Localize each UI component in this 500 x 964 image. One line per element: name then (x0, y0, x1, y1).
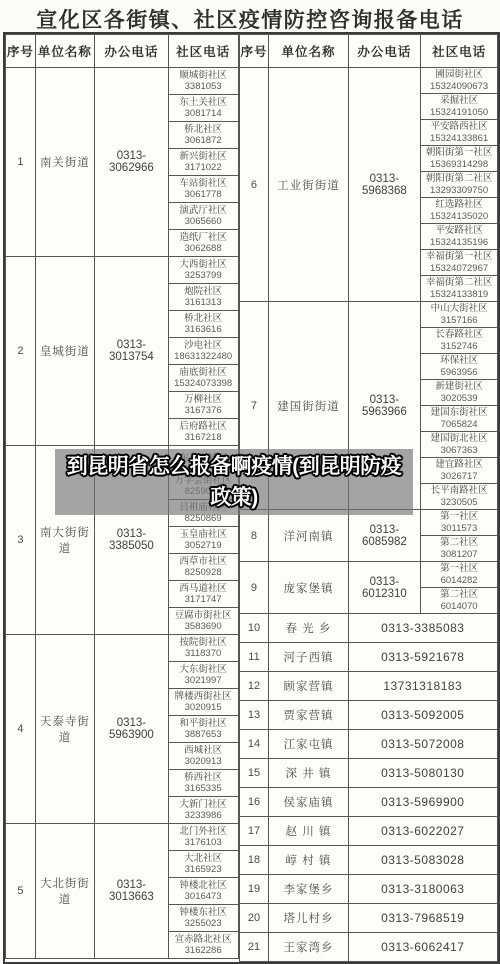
community-phone: 3381053 (169, 81, 238, 93)
row-number-cell: 17 (239, 817, 269, 846)
unit-name-cell: 深 井 镇 (269, 759, 348, 788)
community-phone: 15324191050 (421, 107, 497, 119)
community-cell: 车站街社区3061778 (168, 176, 238, 203)
community-phone: 15324072967 (421, 263, 497, 275)
town-phone-cell: 0313-6022027 (348, 817, 497, 846)
community-phone: 5963956 (421, 367, 497, 379)
community-phone: 3230505 (421, 497, 497, 509)
community-phone: 15324133819 (421, 289, 497, 301)
community-name: 东土关社区 (169, 97, 238, 109)
community-phone: 3157166 (421, 315, 497, 327)
row-number-cell: 4 (6, 635, 36, 824)
row-number-cell: 8 (239, 510, 269, 562)
community-cell: 建国街北社区3067363 (421, 432, 498, 458)
town-phone-cell: 13731318183 (348, 672, 497, 701)
office-phone-cell: 0313-5963900 (95, 635, 169, 824)
town-phone-cell: 0313-5080130 (348, 759, 497, 788)
community-cell: 第一社区6014282 (421, 562, 498, 588)
town-phone-cell: 0313-3180063 (348, 875, 497, 904)
community-cell: 庙底街社区15324073398 (168, 365, 238, 392)
community-cell: 后府路社区3167218 (168, 419, 238, 446)
community-name: 炮院社区 (169, 286, 238, 298)
community-name: 平安路社区 (421, 225, 497, 237)
community-name: 万柳社区 (169, 394, 238, 406)
watermark-text-line1: 到昆明省怎么报备啊疫情(到昆明防疫 (67, 451, 402, 482)
community-name: 庙底街社区 (169, 367, 238, 379)
row-number-cell: 11 (239, 643, 269, 672)
row-number-cell: 1 (6, 68, 36, 257)
community-phone: 3020913 (169, 756, 238, 768)
community-name: 朝阳街第一社区 (421, 147, 497, 159)
community-cell: 新兴街社区3171022 (168, 149, 238, 176)
col-header-unit: 单位名称 (269, 35, 348, 68)
community-phone: 13293309750 (421, 185, 497, 197)
community-name: 大新门社区 (169, 799, 238, 811)
community-phone: 3167218 (169, 432, 238, 444)
community-phone: 15324135020 (421, 211, 497, 223)
town-row: 16侯家庙镇0313-5969900 (239, 788, 497, 817)
community-cell: 建国东街社区7065824 (421, 406, 498, 432)
community-name: 大东街社区 (169, 664, 238, 676)
town-phone-cell: 0313-5921678 (348, 643, 497, 672)
unit-name-cell: 天泰寺街道 (35, 635, 94, 824)
row-number-cell: 5 (6, 824, 36, 959)
community-cell: 宣赤路北社区3162286 (168, 932, 238, 959)
community-phone: 3062688 (169, 243, 238, 255)
community-phone: 3067363 (421, 445, 497, 457)
community-cell: 新建街社区3020539 (421, 380, 498, 406)
community-phone: 7065824 (421, 419, 497, 431)
community-name: 豆腐市街社区 (169, 610, 238, 622)
community-cell: 豆腐市街社区3583690 (168, 608, 238, 635)
row-number-cell: 13 (239, 701, 269, 730)
unit-name-cell: 赵 川 镇 (269, 817, 348, 846)
town-row: 21王家湾乡0313-6062417 (239, 933, 497, 962)
community-cell: 按院街社区3118370 (168, 635, 238, 662)
town-row: 13贾家营镇0313-5092005 (239, 701, 497, 730)
community-name: 车站街社区 (169, 178, 238, 190)
row-number-cell: 19 (239, 875, 269, 904)
community-row: 7建国街街道0313-5963966中山大街社区3157166 (239, 302, 497, 328)
community-phone: 3052719 (169, 540, 238, 552)
community-cell: 演武厅社区3065660 (168, 203, 238, 230)
community-phone: 3233986 (169, 810, 238, 822)
community-cell: 红选路社区15324135020 (421, 198, 498, 224)
community-name: 西草市社区 (169, 556, 238, 568)
unit-name-cell: 王家湾乡 (269, 933, 348, 962)
community-name: 第一社区 (421, 511, 497, 523)
community-cell: 幸福街第一社区15324072967 (421, 250, 498, 276)
community-cell: 幸福街第二社区15324133819 (421, 276, 498, 302)
community-cell: 钟楼北社区3016473 (168, 878, 238, 905)
community-phone: 6014282 (421, 575, 497, 587)
community-phone: 15324133861 (421, 133, 497, 145)
community-phone: 15324135196 (421, 237, 497, 249)
community-phone: 6014070 (421, 601, 497, 613)
town-row: 17赵 川 镇0313-6022027 (239, 817, 497, 846)
town-phone-cell: 0313-7968519 (348, 904, 497, 933)
row-number-cell: 15 (239, 759, 269, 788)
community-phone: 3020915 (169, 702, 238, 714)
community-name: 采掘社区 (421, 95, 497, 107)
office-phone-cell: 0313-3013663 (95, 824, 169, 959)
community-name: 幸福街第一社区 (421, 251, 497, 263)
community-phone: 3887653 (169, 729, 238, 741)
community-cell: 东土关社区3081714 (168, 95, 238, 122)
community-cell: 钟楼东社区3255023 (168, 905, 238, 932)
town-row: 18崞 村 镇0313-5083028 (239, 846, 497, 875)
office-phone-cell: 0313-5968368 (348, 68, 421, 302)
community-name: 红选路社区 (421, 199, 497, 211)
community-cell: 北门外社区3176103 (168, 824, 238, 851)
community-name: 沙电社区 (169, 340, 238, 352)
page-title: 宣化区各街镇、社区疫情防控咨询报备电话 (0, 0, 500, 32)
row-number-cell: 16 (239, 788, 269, 817)
community-phone: 3152746 (421, 341, 497, 353)
town-phone-cell: 0313-5969900 (348, 788, 497, 817)
community-phone: 3167376 (169, 405, 238, 417)
community-name: 大北社区 (169, 853, 238, 865)
community-phone: 3016473 (169, 891, 238, 903)
unit-name-cell: 塔儿村乡 (269, 904, 348, 933)
community-phone: 3176103 (169, 837, 238, 849)
community-cell: 炮院社区3161313 (168, 284, 238, 311)
community-cell: 大西街社区3253799 (168, 257, 238, 284)
community-phone: 3253799 (169, 270, 238, 282)
row-number-cell: 18 (239, 846, 269, 875)
community-name: 宣赤路北社区 (169, 934, 238, 946)
community-cell: 造纸厂社区3062688 (168, 230, 238, 257)
town-phone-cell: 0313-3385083 (348, 614, 497, 643)
community-name: 按院街社区 (169, 637, 238, 649)
community-cell: 长春路社区3152746 (421, 328, 498, 354)
community-cell: 长平南路社区3230505 (421, 484, 498, 510)
row-number-cell: 2 (6, 257, 36, 446)
col-header-community-phone: 社区电话 (168, 35, 238, 68)
community-phone: 18631322480 (169, 351, 238, 363)
community-phone: 3065660 (169, 216, 238, 228)
community-name: 环保社区 (421, 355, 497, 367)
community-cell: 沙电社区18631322480 (168, 338, 238, 365)
community-cell: 西马道社区3171747 (168, 581, 238, 608)
town-phone-cell: 0313-5083028 (348, 846, 497, 875)
town-row: 19李家堡乡0313-3180063 (239, 875, 497, 904)
community-name: 新建街社区 (421, 381, 497, 393)
community-cell: 朝阳街第一社区15369314298 (421, 146, 498, 172)
right-header-row: 序号 单位名称 办公电话 社区电话 (239, 35, 497, 68)
community-name: 第二社区 (421, 537, 497, 549)
watermark-text-line2: 政策) (210, 482, 258, 513)
office-phone-cell: 0313-3013754 (95, 257, 169, 446)
row-number-cell: 12 (239, 672, 269, 701)
community-cell: 和平街社区3887653 (168, 716, 238, 743)
unit-name-cell: 侯家庙镇 (269, 788, 348, 817)
col-header-no: 序号 (239, 35, 269, 68)
community-cell: 顺城街社区3381053 (168, 68, 238, 95)
unit-name-cell: 河子西镇 (269, 643, 348, 672)
community-cell: 桥北社区3061872 (168, 122, 238, 149)
community-name: 中山大街社区 (421, 303, 497, 315)
row-number-cell: 10 (239, 614, 269, 643)
community-phone: 3081207 (421, 549, 497, 561)
community-name: 西马道社区 (169, 583, 238, 595)
community-row: 4天泰寺街道0313-5963900按院街社区3118370 (6, 635, 239, 662)
col-header-unit: 单位名称 (35, 35, 94, 68)
community-phone: 3061872 (169, 135, 238, 147)
community-name: 后府路社区 (169, 421, 238, 433)
community-phone: 3162286 (169, 945, 238, 957)
community-phone: 3161313 (169, 297, 238, 309)
community-cell: 大新门社区3233986 (168, 797, 238, 824)
community-cell: 西城社区3020913 (168, 743, 238, 770)
community-name: 桥北社区 (169, 124, 238, 136)
community-phone: 15369314298 (421, 159, 497, 171)
community-cell: 万柳社区3167376 (168, 392, 238, 419)
unit-name-cell: 庞家堡镇 (269, 562, 348, 614)
office-phone-cell: 0313-3062966 (95, 68, 169, 257)
community-cell: 大北社区3165923 (168, 851, 238, 878)
unit-name-cell: 工业街街道 (269, 68, 348, 302)
community-phone: 3255023 (169, 918, 238, 930)
community-phone: 3061778 (169, 189, 238, 201)
community-name: 玉皇庙社区 (169, 529, 238, 541)
community-cell: 平安路社区15324135196 (421, 224, 498, 250)
community-name: 第一社区 (421, 563, 497, 575)
community-phone: 3011573 (421, 523, 497, 535)
unit-name-cell: 南关街道 (35, 68, 94, 257)
community-name: 桥西社区 (169, 772, 238, 784)
office-phone-cell: 0313-6085982 (348, 510, 421, 562)
unit-name-cell: 崞 村 镇 (269, 846, 348, 875)
unit-name-cell: 李家堡乡 (269, 875, 348, 904)
community-phone: 3165335 (169, 783, 238, 795)
community-phone: 3171022 (169, 162, 238, 174)
town-phone-cell: 0313-5092005 (348, 701, 497, 730)
community-name: 和平街社区 (169, 718, 238, 730)
left-header-row: 序号 单位名称 办公电话 社区电话 (6, 35, 239, 68)
community-phone: 15324073398 (169, 378, 238, 390)
community-cell: 桥北社区3163616 (168, 311, 238, 338)
community-phone: 3081714 (169, 108, 238, 120)
office-phone-cell: 0313-6012310 (348, 562, 421, 614)
row-number-cell: 6 (239, 68, 269, 302)
row-number-cell: 3 (6, 446, 36, 635)
community-name: 圃园街社区 (421, 69, 497, 81)
community-name: 幸福街第二社区 (421, 277, 497, 289)
community-name: 西城社区 (169, 745, 238, 757)
community-name: 朝阳街第二社区 (421, 173, 497, 185)
community-phone: 3165923 (169, 864, 238, 876)
community-name: 平安路西社区 (421, 121, 497, 133)
community-cell: 大东街社区3021997 (168, 662, 238, 689)
community-name: 长春路社区 (421, 329, 497, 341)
community-cell: 第一社区3011573 (421, 510, 498, 536)
unit-name-cell: 江家屯镇 (269, 730, 348, 759)
col-header-no: 序号 (6, 35, 36, 68)
community-name: 造纸厂社区 (169, 232, 238, 244)
unit-name-cell: 洋河南镇 (269, 510, 348, 562)
town-row: 15深 井 镇0313-5080130 (239, 759, 497, 788)
community-cell: 朝阳街第二社区13293309750 (421, 172, 498, 198)
community-cell: 圃园街社区15324090673 (421, 68, 498, 94)
community-phone: 8250928 (169, 567, 238, 579)
community-name: 演武厅社区 (169, 205, 238, 217)
community-name: 牌楼西街社区 (169, 691, 238, 703)
community-cell: 第二社区6014070 (421, 588, 498, 614)
row-number-cell: 20 (239, 904, 269, 933)
community-phone: 3583690 (169, 621, 238, 633)
row-number-cell: 14 (239, 730, 269, 759)
town-row: 11河子西镇0313-5921678 (239, 643, 497, 672)
community-phone: 3020539 (421, 393, 497, 405)
unit-name-cell: 大北街街道 (35, 824, 94, 959)
community-name: 桥北社区 (169, 313, 238, 325)
col-header-community-phone: 社区电话 (421, 35, 498, 68)
community-row: 2皇城街道0313-3013754大西街社区3253799 (6, 257, 239, 284)
community-cell: 建宜路社区3026717 (421, 458, 498, 484)
town-phone-cell: 0313-5072008 (348, 730, 497, 759)
community-cell: 中山大街社区3157166 (421, 302, 498, 328)
community-row: 9庞家堡镇0313-6012310第一社区6014282 (239, 562, 497, 588)
community-name: 建国东街社区 (421, 407, 497, 419)
community-name: 长平南路社区 (421, 485, 497, 497)
town-row: 14江家屯镇0313-5072008 (239, 730, 497, 759)
col-header-office-phone: 办公电话 (348, 35, 421, 68)
community-cell: 玉皇庙社区3052719 (168, 527, 238, 554)
community-cell: 采掘社区15324191050 (421, 94, 498, 120)
row-number-cell: 21 (239, 933, 269, 962)
town-phone-cell: 0313-6062417 (348, 933, 497, 962)
community-cell: 环保社区5963956 (421, 354, 498, 380)
community-name: 北门外社区 (169, 826, 238, 838)
community-cell: 桥西社区3165335 (168, 770, 238, 797)
unit-name-cell: 贾家营镇 (269, 701, 348, 730)
community-name: 钟楼东社区 (169, 907, 238, 919)
community-cell: 西草市社区8250928 (168, 554, 238, 581)
community-row: 1南关街道0313-3062966顺城街社区3381053 (6, 68, 239, 95)
community-name: 建宜路社区 (421, 459, 497, 471)
community-cell: 第二社区3081207 (421, 536, 498, 562)
community-name: 顺城街社区 (169, 70, 238, 82)
community-cell: 平安路西社区15324133861 (421, 120, 498, 146)
community-row: 5大北街街道0313-3013663北门外社区3176103 (6, 824, 239, 851)
community-phone: 15324090673 (421, 81, 497, 93)
col-header-office-phone: 办公电话 (95, 35, 169, 68)
community-name: 第二社区 (421, 589, 497, 601)
community-phone: 3171747 (169, 594, 238, 606)
community-phone: 3118370 (169, 648, 238, 660)
unit-name-cell: 春 光 乡 (269, 614, 348, 643)
community-row: 6工业街街道0313-5968368圃园街社区15324090673 (239, 68, 497, 94)
community-name: 钟楼北社区 (169, 880, 238, 892)
community-phone: 3163616 (169, 324, 238, 336)
community-name: 大西街社区 (169, 259, 238, 271)
community-phone: 3026717 (421, 471, 497, 483)
community-name: 建国街北社区 (421, 433, 497, 445)
watermark-overlay: 到昆明省怎么报备啊疫情(到昆明防疫 政策) (55, 449, 413, 515)
town-row: 20塔儿村乡0313-7968519 (239, 904, 497, 933)
unit-name-cell: 顾家营镇 (269, 672, 348, 701)
town-row: 10春 光 乡0313-3385083 (239, 614, 497, 643)
town-row: 12顾家营镇13731318183 (239, 672, 497, 701)
unit-name-cell: 皇城街道 (35, 257, 94, 446)
row-number-cell: 9 (239, 562, 269, 614)
community-name: 新兴街社区 (169, 151, 238, 163)
community-cell: 牌楼西街社区3020915 (168, 689, 238, 716)
community-phone: 3021997 (169, 675, 238, 687)
